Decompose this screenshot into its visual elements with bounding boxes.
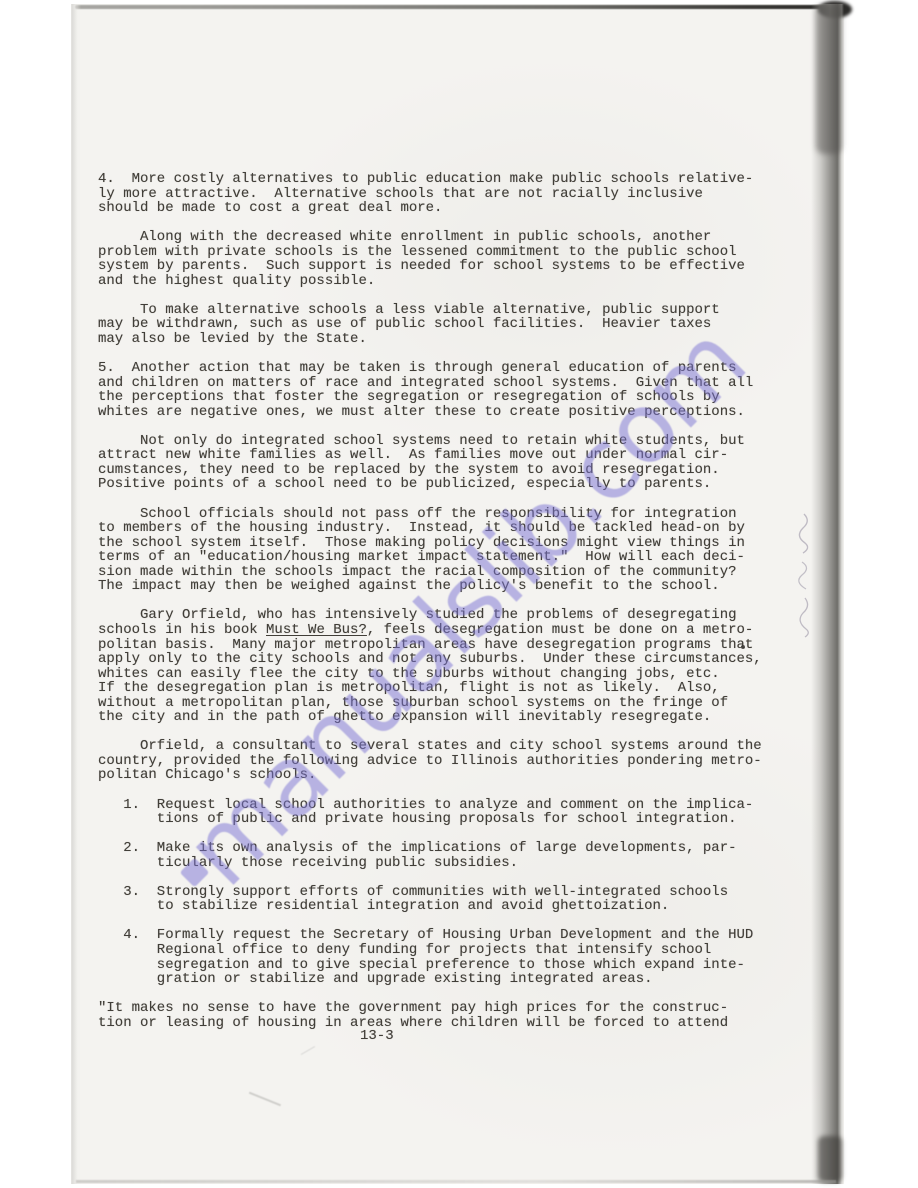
ink-speck <box>741 645 745 649</box>
page-number: 13-3 <box>360 1028 394 1044</box>
paper-crease-small <box>301 1046 316 1055</box>
page-right-edge-dark-top <box>816 4 842 154</box>
page-bottom-edge <box>76 1180 836 1183</box>
text-segment: , feels desegregation must be done on a … <box>98 622 762 1031</box>
page-top-edge <box>75 5 840 9</box>
handwritten-marginalia <box>788 510 822 640</box>
typewritten-text: 4. More costly alternatives to public ed… <box>98 172 762 1030</box>
paper-crease <box>249 1092 281 1106</box>
scanned-page: 4. More costly alternatives to public ed… <box>72 4 844 1184</box>
text-segment: 4. More costly alternatives to public ed… <box>98 171 753 638</box>
page-left-edge <box>72 4 81 1184</box>
scan-viewer: 4. More costly alternatives to public ed… <box>0 0 918 1188</box>
page-right-edge-dark-bottom <box>818 1136 842 1182</box>
